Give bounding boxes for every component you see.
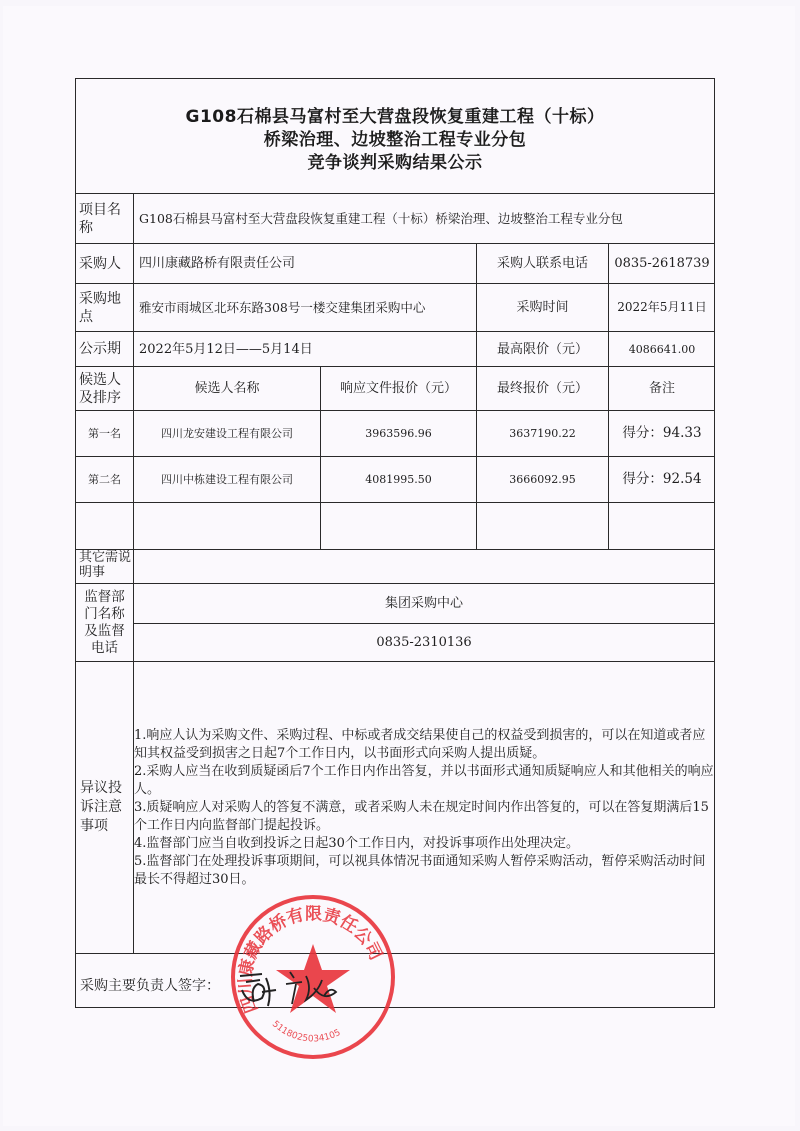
- table-row-remark: 得分：94.33: [609, 411, 715, 456]
- svg-text:5118025034105: 5118025034105: [270, 1019, 342, 1044]
- notice-period-value: 2022年5月12日——5月14日: [134, 332, 476, 366]
- other-matters-label: 其它需说明事: [76, 550, 133, 583]
- candidates-header-rank: 候选人及排序: [76, 367, 133, 410]
- table-row-name: 四川龙安建设工程有限公司: [134, 411, 320, 456]
- table-row-response-price: [321, 503, 476, 549]
- table-row-remark: 得分：92.54: [609, 457, 715, 502]
- title-line-2: 桥梁治理、边坡整治工程专业分包: [264, 129, 527, 152]
- table-row-final-price: 3666092.95: [477, 457, 608, 502]
- seal-code: 5118025034105: [270, 1019, 342, 1044]
- table-row-response-price: 3963596.96: [321, 411, 476, 456]
- notice-period-label: 公示期: [76, 332, 133, 366]
- supervision-department: 集团采购中心: [134, 584, 714, 623]
- table-row-rank: 第二名: [76, 457, 133, 502]
- handwritten-signature-icon: [232, 962, 372, 1012]
- purchase-time-label: 采购时间: [477, 284, 608, 331]
- purchase-time-value: 2022年5月11日: [609, 284, 715, 331]
- objection-item: 1.响应人认为采购文件、采购过程、中标或者成交结果使自己的权益受到损害的，可以在…: [134, 727, 714, 763]
- other-matters-value: [134, 550, 714, 583]
- location-label: 采购地点: [76, 284, 133, 331]
- purchaser-phone-label: 采购人联系电话: [477, 244, 608, 283]
- candidates-header-response-price: 响应文件报价（元）: [321, 367, 476, 410]
- project-name-label: 项目名称: [76, 194, 133, 243]
- candidates-header-final-price: 最终报价（元）: [477, 367, 608, 410]
- table-row-final-price: [477, 503, 608, 549]
- objection-item: 3.质疑响应人对采购人的答复不满意，或者采购人未在规定时间内作出答复的，可以在答…: [134, 799, 714, 835]
- purchaser-label: 采购人: [76, 244, 133, 283]
- objection-label: 异议投诉注意事项: [76, 662, 133, 953]
- objection-item: 2.采购人应当在收到质疑函后7个工作日内作出答复，并以书面形式通知质疑响应人和其…: [134, 763, 714, 799]
- objection-item: 4.监督部门应当自收到投诉之日起30个工作日内，对投诉事项作出处理决定。: [134, 835, 714, 853]
- objection-item: 5.监督部门在处理投诉事项期间，可以视具体情况书面通知采购人暂停采购活动，暂停采…: [134, 853, 714, 889]
- location-value: 雅安市雨城区北环东路308号一楼交建集团采购中心: [134, 284, 476, 331]
- table-row-rank: [76, 503, 133, 549]
- table-row-remark: [609, 503, 715, 549]
- max-price-label: 最高限价（元）: [477, 332, 608, 366]
- supervision-phone: 0835-2310136: [134, 624, 714, 661]
- objection-notes: 1.响应人认为采购文件、采购过程、中标或者成交结果使自己的权益受到损害的，可以在…: [134, 727, 714, 889]
- table-row-name: 四川中栋建设工程有限公司: [134, 457, 320, 502]
- title-line-3: 竞争谈判采购结果公示: [308, 152, 483, 175]
- table-row-rank: 第一名: [76, 411, 133, 456]
- row-divider: [75, 661, 715, 662]
- supervision-label: 监督部门名称及监督电话: [76, 584, 133, 661]
- purchaser-value: 四川康藏路桥有限责任公司: [134, 244, 476, 283]
- title-line-1: G108石棉县马富村至大营盘段恢复重建工程（十标）: [186, 106, 605, 129]
- project-name-value: G108石棉县马富村至大营盘段恢复重建工程（十标）桥梁治理、边坡整治工程专业分包: [134, 194, 714, 243]
- candidates-header-remark: 备注: [609, 367, 715, 410]
- table-row-final-price: 3637190.22: [477, 411, 608, 456]
- max-price-value: 4086641.00: [609, 332, 715, 366]
- table-row-name: [134, 503, 320, 549]
- purchaser-phone-value: 0835-2618739: [609, 244, 715, 283]
- signature-label: 采购主要负责人签字：: [80, 975, 220, 995]
- candidates-header-name: 候选人名称: [134, 367, 320, 410]
- table-row-response-price: 4081995.50: [321, 457, 476, 502]
- document-title: G108石棉县马富村至大营盘段恢复重建工程（十标） 桥梁治理、边坡整治工程专业分…: [75, 78, 715, 193]
